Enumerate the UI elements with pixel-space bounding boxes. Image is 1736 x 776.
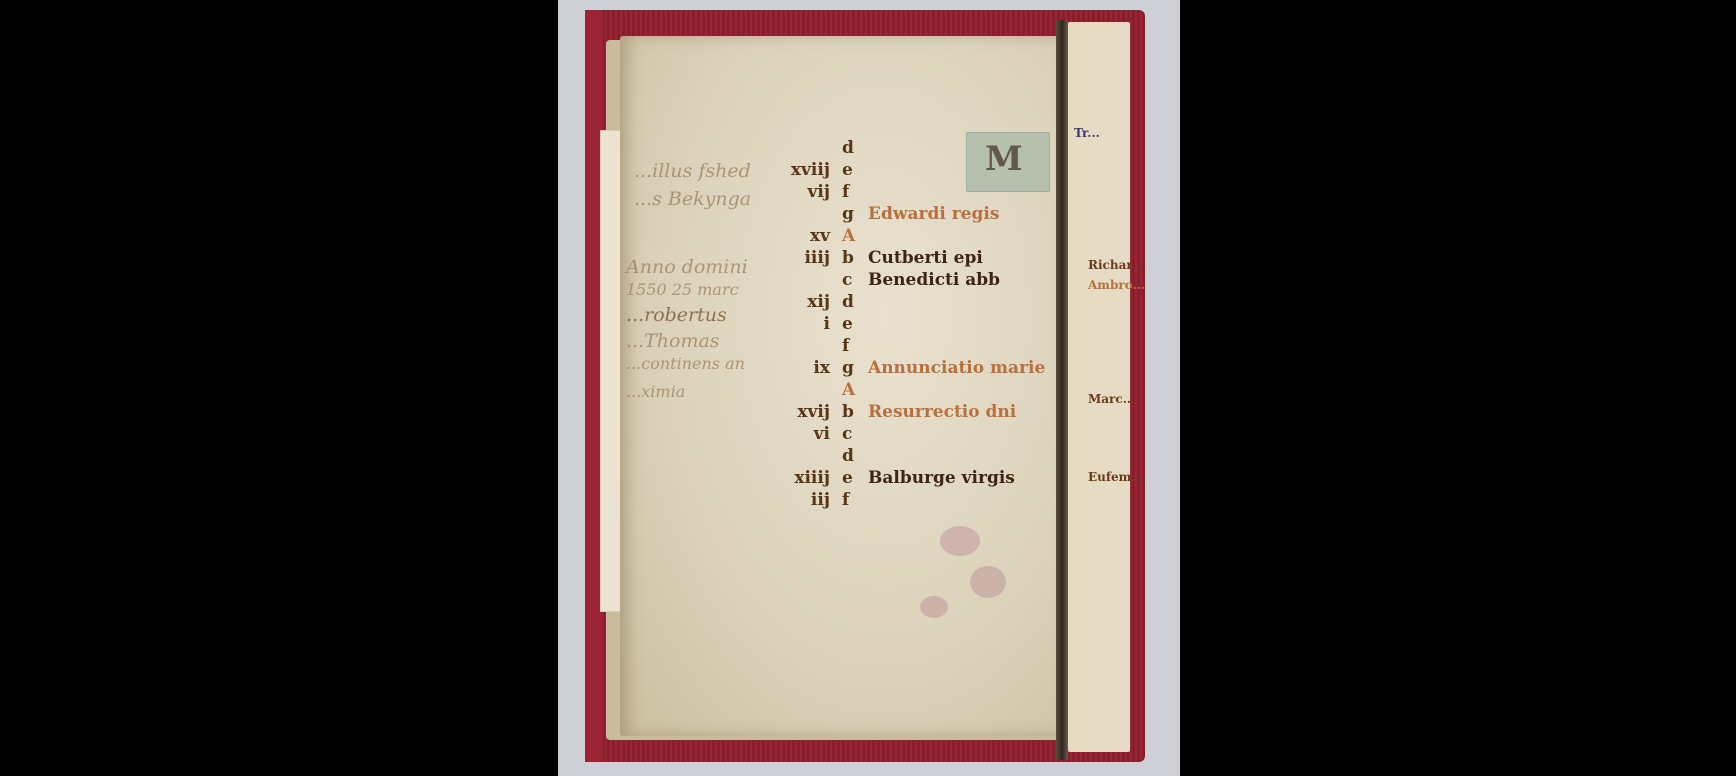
wine-stain [970, 566, 1006, 598]
margin-note: ...illus fshed [634, 160, 751, 182]
illuminated-initial: M [966, 132, 1050, 192]
wine-stain [940, 526, 980, 556]
facing-page: Tr... Richar... Ambro... Marc... Eufem..… [1068, 22, 1130, 752]
wine-stain [920, 596, 948, 618]
book-gutter [1056, 20, 1068, 760]
margin-note: ...Thomas [626, 330, 720, 352]
margin-note: ...s Bekynga [634, 188, 751, 210]
margin-note: Anno domini [626, 256, 748, 278]
manuscript-photo: M ...illus fshed ...s Bekynga Anno domin… [558, 0, 1180, 776]
calendar-page: M ...illus fshed ...s Bekynga Anno domin… [620, 36, 1060, 736]
margin-note: ...robertus [626, 304, 727, 326]
margin-note: 1550 25 marc [626, 280, 739, 299]
margin-note: ...continens an [626, 354, 745, 373]
margin-note: ...ximia [626, 382, 685, 401]
